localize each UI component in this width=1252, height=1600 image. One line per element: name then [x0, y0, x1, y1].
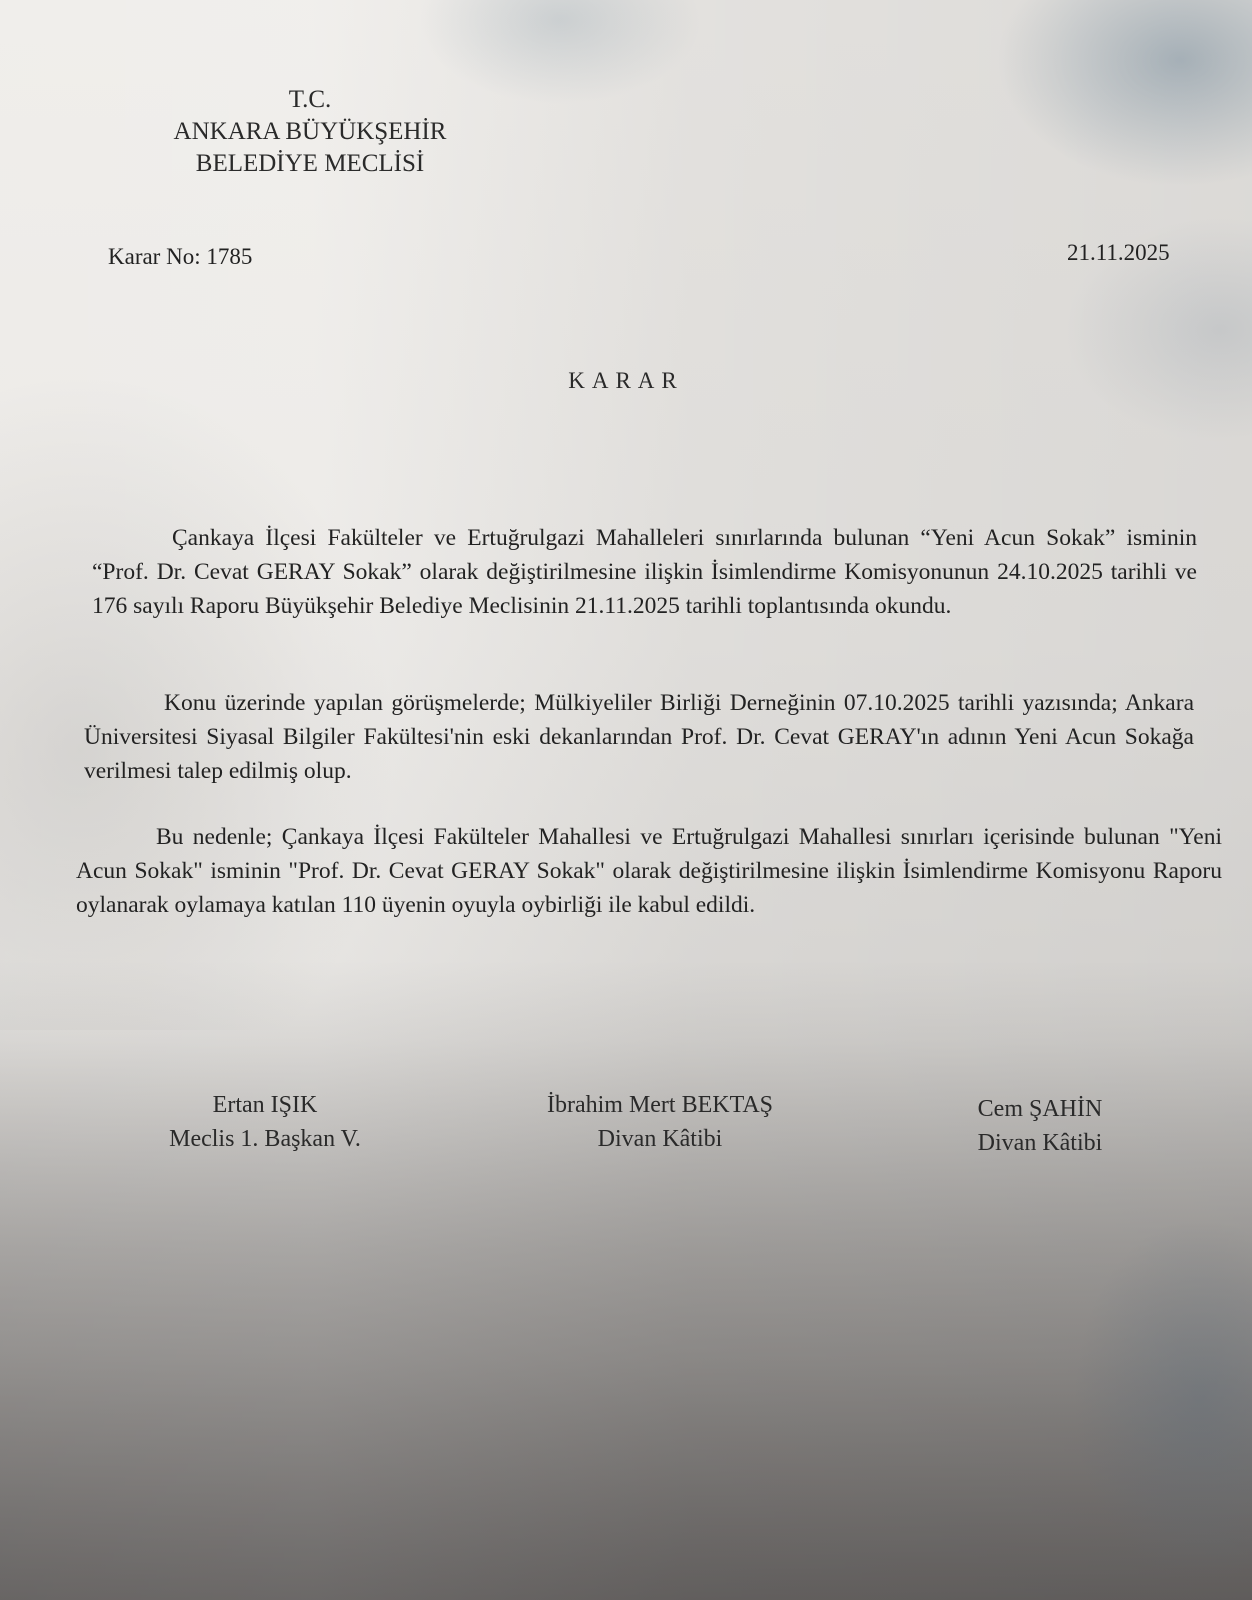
signatory-name: Ertan IŞIK	[140, 1088, 390, 1122]
paragraph-3-text: Bu nedenle; Çankaya İlçesi Fakülteler Ma…	[76, 824, 1222, 918]
decision-number: Karar No: 1785	[108, 244, 252, 270]
signatory-clerk-2: Cem ŞAHİN Divan Kâtibi	[930, 1092, 1150, 1160]
signatory-name: İbrahim Mert BEKTAŞ	[510, 1088, 810, 1122]
header-line-municipality: ANKARA BÜYÜKŞEHİR	[150, 116, 470, 148]
signatory-role: Divan Kâtibi	[510, 1122, 810, 1156]
decision-document: T.C. ANKARA BÜYÜKŞEHİR BELEDİYE MECLİSİ …	[0, 0, 1252, 1600]
paragraph-1: Çankaya İlçesi Fakülteler ve Ertuğrulgaz…	[92, 521, 1197, 623]
decision-date: 21.11.2025	[1067, 240, 1170, 266]
signatory-name: Cem ŞAHİN	[930, 1092, 1150, 1126]
paragraph-2: Konu üzerinde yapılan görüşmelerde; Mülk…	[84, 686, 1194, 788]
signatory-role: Divan Kâtibi	[930, 1126, 1150, 1160]
document-title: KARAR	[0, 368, 1252, 394]
issuing-authority-header: T.C. ANKARA BÜYÜKŞEHİR BELEDİYE MECLİSİ	[150, 84, 470, 180]
header-line-tc: T.C.	[150, 84, 470, 116]
signatory-chair: Ertan IŞIK Meclis 1. Başkan V.	[140, 1088, 390, 1156]
paragraph-1-text: Çankaya İlçesi Fakülteler ve Ertuğrulgaz…	[92, 525, 1197, 619]
paragraph-3: Bu nedenle; Çankaya İlçesi Fakülteler Ma…	[76, 820, 1222, 922]
signatory-clerk-1: İbrahim Mert BEKTAŞ Divan Kâtibi	[510, 1088, 810, 1156]
header-line-council: BELEDİYE MECLİSİ	[150, 148, 470, 180]
signatory-role: Meclis 1. Başkan V.	[140, 1122, 390, 1156]
paragraph-2-text: Konu üzerinde yapılan görüşmelerde; Mülk…	[84, 690, 1194, 784]
